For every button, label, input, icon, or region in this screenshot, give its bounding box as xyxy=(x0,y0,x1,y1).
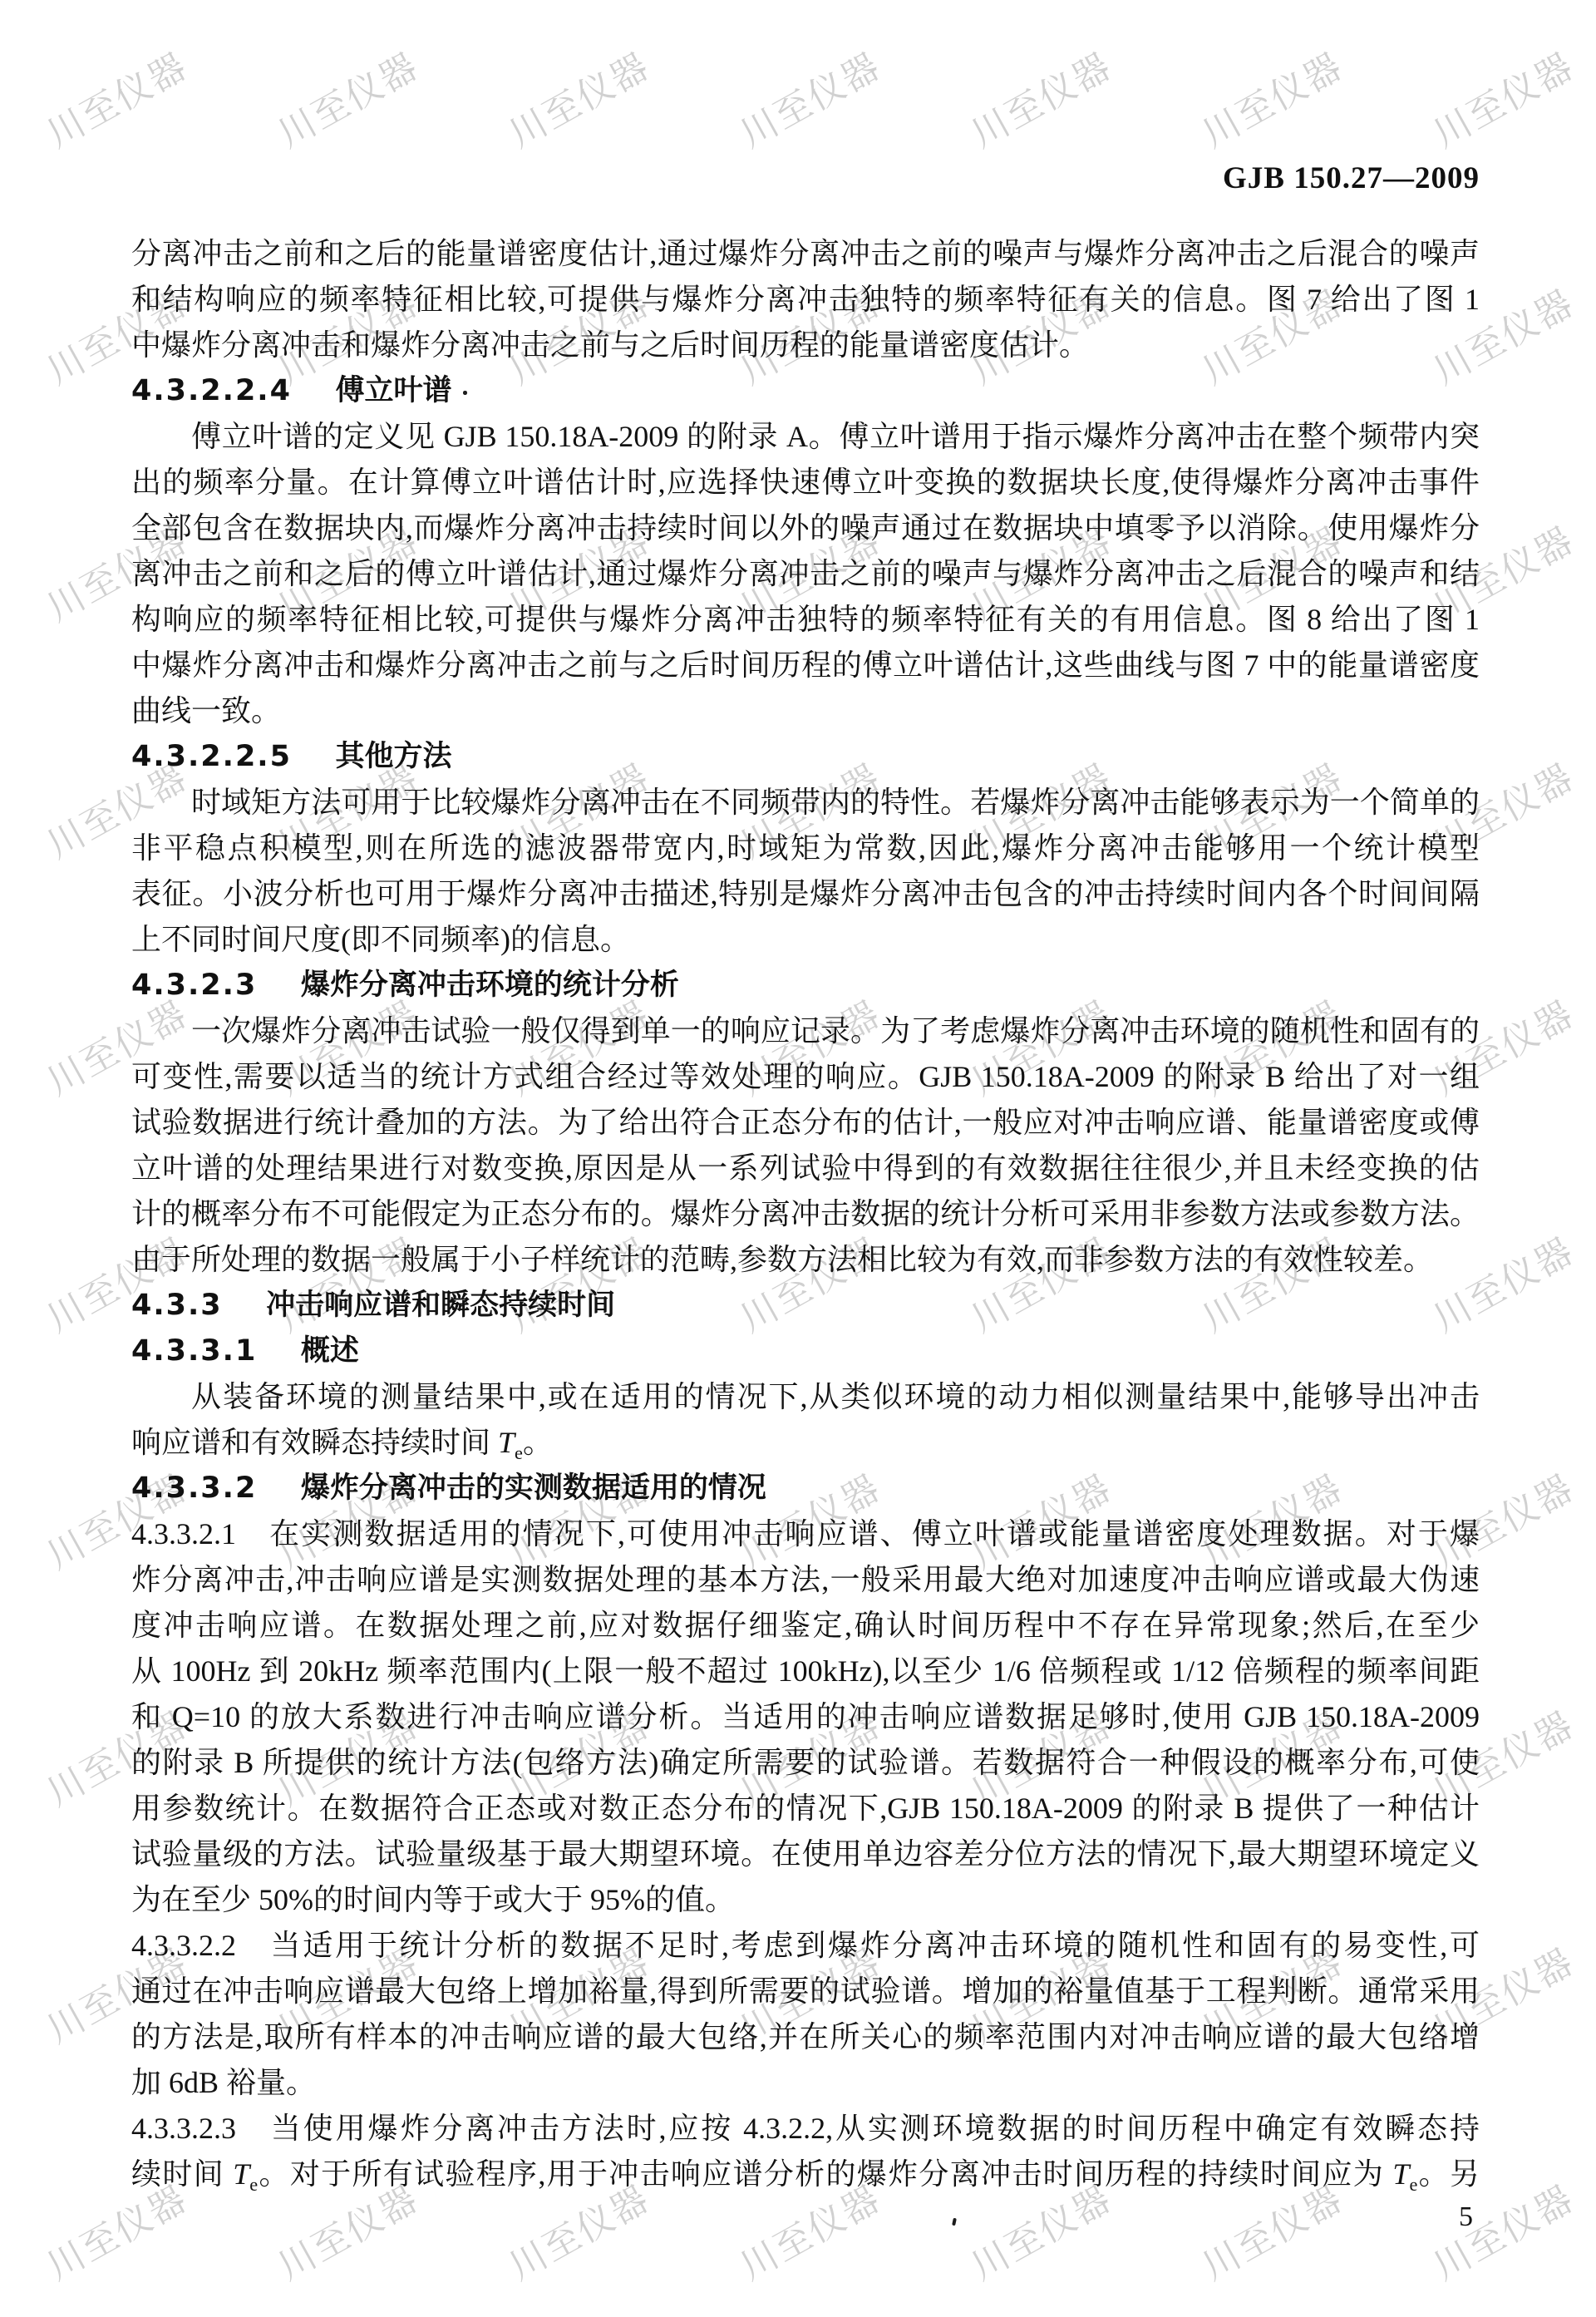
section-title: 傅立叶谱 xyxy=(335,374,451,407)
section-title: 爆炸分离冲击环境的统计分析 xyxy=(301,969,679,1002)
text-line: 4.3.3.2.3 当使用爆炸分离冲击方法时,应按 4.3.2.2,从实测环境数… xyxy=(131,2106,1480,2152)
text-line: 时域矩方法可用于比较爆炸分离冲击在不同频带内的特性。若爆炸分离冲击能够表示为一个… xyxy=(131,780,1480,826)
section-number: 4.3.3 xyxy=(131,1289,223,1322)
section-title: 其他方法 xyxy=(335,740,451,773)
text-line: 离冲击之前和之后的傅立叶谱估计,通过爆炸分离冲击之前的噪声与爆炸分离冲击之后混合… xyxy=(131,551,1480,597)
text-line: 表征。小波分析也可用于爆炸分离冲击描述,特别是爆炸分离冲击包含的冲击持续时间内各… xyxy=(131,871,1480,917)
section-heading: 4.3.2.2.5其他方法 xyxy=(131,734,1480,780)
section-number: 4.3.2.2.5 xyxy=(131,740,292,773)
watermark-text: 川至仪器 xyxy=(492,34,663,161)
section-number: 4.3.2.3 xyxy=(131,969,257,1002)
text-line: 由于所处理的数据一般属于小子样统计的范畴,参数方法相比较为有效,而非参数方法的有… xyxy=(131,1237,1480,1283)
text-line: 续时间 Te。对于所有试验程序,用于冲击响应谱分析的爆炸分离冲击时间历程的持续时… xyxy=(131,2152,1480,2197)
page-number: 5 xyxy=(131,2201,1473,2233)
text-line: 分离冲击之前和之后的能量谱密度估计,通过爆炸分离冲击之前的噪声与爆炸分离冲击之后… xyxy=(131,231,1480,277)
scan-speck xyxy=(463,391,467,395)
text-line: 可变性,需要以适当的统计方式组合经过等效处理的响应。GJB 150.18A-20… xyxy=(131,1054,1480,1100)
section-heading: 4.3.3.2爆炸分离冲击的实测数据适用的情况 xyxy=(131,1466,1480,1511)
effective-duration-symbol: Te xyxy=(233,2157,258,2191)
watermark-text: 川至仪器 xyxy=(954,34,1126,161)
text-line: 上不同时间尺度(即不同频率)的信息。 xyxy=(131,917,1480,963)
watermark-text: 川至仪器 xyxy=(1416,34,1588,161)
document-body: 分离冲击之前和之后的能量谱密度估计,通过爆炸分离冲击之前的噪声与爆炸分离冲击之后… xyxy=(131,231,1480,2197)
text-line: 和结构响应的频率特征相比较,可提供与爆炸分离冲击独特的频率特征有关的信息。图 7… xyxy=(131,277,1480,323)
watermark-text: 川至仪器 xyxy=(30,34,201,161)
page-header-standard-number: GJB 150.27—2009 xyxy=(131,160,1480,196)
effective-duration-symbol: Te xyxy=(498,1426,523,1459)
text-line: 试验数据进行统计叠加的方法。为了给出符合正态分布的估计,一般应对冲击响应谱、能量… xyxy=(131,1100,1480,1146)
text-line: 从 100Hz 到 20kHz 频率范围内(上限一般不超过 100kHz),以至… xyxy=(131,1649,1480,1694)
text-line: 构响应的频率特征相比较,可提供与爆炸分离冲击独特的频率特征有关的有用信息。图 8… xyxy=(131,597,1480,643)
section-number: 4.3.3.2 xyxy=(131,1472,257,1505)
text-line: 立叶谱的处理结果进行对数变换,原因是从一系列试验中得到的有效数据往往很少,并且未… xyxy=(131,1146,1480,1191)
watermark-text: 川至仪器 xyxy=(261,34,432,161)
text-line: 加 6dB 裕量。 xyxy=(131,2060,1480,2106)
section-title: 冲击响应谱和瞬态持续时间 xyxy=(266,1289,615,1322)
text-line: 从装备环境的测量结果中,或在适用的情况下,从类似环境的动力相似测量结果中,能够导… xyxy=(131,1374,1480,1420)
text-line: 4.3.3.2.1 在实测数据适用的情况下,可使用冲击响应谱、傅立叶谱或能量谱密… xyxy=(131,1511,1480,1557)
section-number: 4.3.2.2.4 xyxy=(131,374,292,407)
text-line: 一次爆炸分离冲击试验一般仅得到单一的响应记录。为了考虑爆炸分离冲击环境的随机性和… xyxy=(131,1008,1480,1054)
text-line: 用参数统计。在数据符合正态或对数正态分布的情况下,GJB 150.18A-200… xyxy=(131,1786,1480,1831)
text-line: 4.3.3.2.2 当适用于统计分析的数据不足时,考虑到爆炸分离冲击环境的随机性… xyxy=(131,1923,1480,1969)
section-heading: 4.3.2.3爆炸分离冲击环境的统计分析 xyxy=(131,963,1480,1008)
section-heading: 4.3.3冲击响应谱和瞬态持续时间 xyxy=(131,1283,1480,1329)
text-line: 试验量级的方法。试验量级基于最大期望环境。在使用单边容差分位方法的情况下,最大期… xyxy=(131,1831,1480,1877)
text-line: 通过在冲击响应谱最大包络上增加裕量,得到所需要的试验谱。增加的裕量值基于工程判断… xyxy=(131,1969,1480,2014)
section-heading: 4.3.2.2.4傅立叶谱 xyxy=(131,368,1480,414)
text-line: 非平稳点积模型,则在所选的滤波器带宽内,时域矩为常数,因此,爆炸分离冲击能够用一… xyxy=(131,826,1480,871)
watermark-text: 川至仪器 xyxy=(1185,34,1357,161)
text-line: 度冲击响应谱。在数据处理之前,应对数据仔细鉴定,确认时间历程中不存在异常现象;然… xyxy=(131,1603,1480,1649)
text-line: 和 Q=10 的放大系数进行冲击响应谱分析。当适用的冲击响应谱数据足够时,使用 … xyxy=(131,1694,1480,1740)
text-line: 出的频率分量。在计算傅立叶谱估计时,应选择快速傅立叶变换的数据块长度,使得爆炸分… xyxy=(131,460,1480,505)
text-line: 曲线一致。 xyxy=(131,688,1480,734)
text-line: 的附录 B 所提供的统计方法(包络方法)确定所需要的试验谱。若数据符合一种假设的… xyxy=(131,1740,1480,1786)
text-line: 的方法是,取所有样本的冲击响应谱的最大包络,并在所关心的频率范围内对冲击响应谱的… xyxy=(131,2014,1480,2060)
text-line: 炸分离冲击,冲击响应谱是实测数据处理的基本方法,一般采用最大绝对加速度冲击响应谱… xyxy=(131,1557,1480,1603)
section-title: 概述 xyxy=(301,1334,359,1368)
text-line: 中爆炸分离冲击和爆炸分离冲击之前与之后时间历程的能量谱密度估计。 xyxy=(131,323,1480,368)
section-title: 爆炸分离冲击的实测数据适用的情况 xyxy=(301,1472,766,1505)
section-heading: 4.3.3.1概述 xyxy=(131,1329,1480,1374)
text-line: 傅立叶谱的定义见 GJB 150.18A-2009 的附录 A。傅立叶谱用于指示… xyxy=(131,414,1480,460)
text-line: 中爆炸分离冲击和爆炸分离冲击之前与之后时间历程的傅立叶谱估计,这些曲线与图 7 … xyxy=(131,643,1480,688)
text-line: 响应谱和有效瞬态持续时间 Te。 xyxy=(131,1420,1480,1466)
effective-duration-symbol: Te xyxy=(1392,2157,1417,2191)
text-line: 计的概率分布不可能假定为正态分布的。爆炸分离冲击数据的统计分析可采用非参数方法或… xyxy=(131,1191,1480,1237)
text-line: 全部包含在数据块内,而爆炸分离冲击持续时间以外的噪声通过在数据块中填零予以消除。… xyxy=(131,505,1480,551)
section-number: 4.3.3.1 xyxy=(131,1334,257,1368)
text-line: 为在至少 50%的时间内等于或大于 95%的值。 xyxy=(131,1877,1480,1923)
document-page: 川至仪器川至仪器川至仪器川至仪器川至仪器川至仪器川至仪器川至仪器川至仪器川至仪器… xyxy=(0,0,1596,2317)
watermark-text: 川至仪器 xyxy=(723,34,894,161)
